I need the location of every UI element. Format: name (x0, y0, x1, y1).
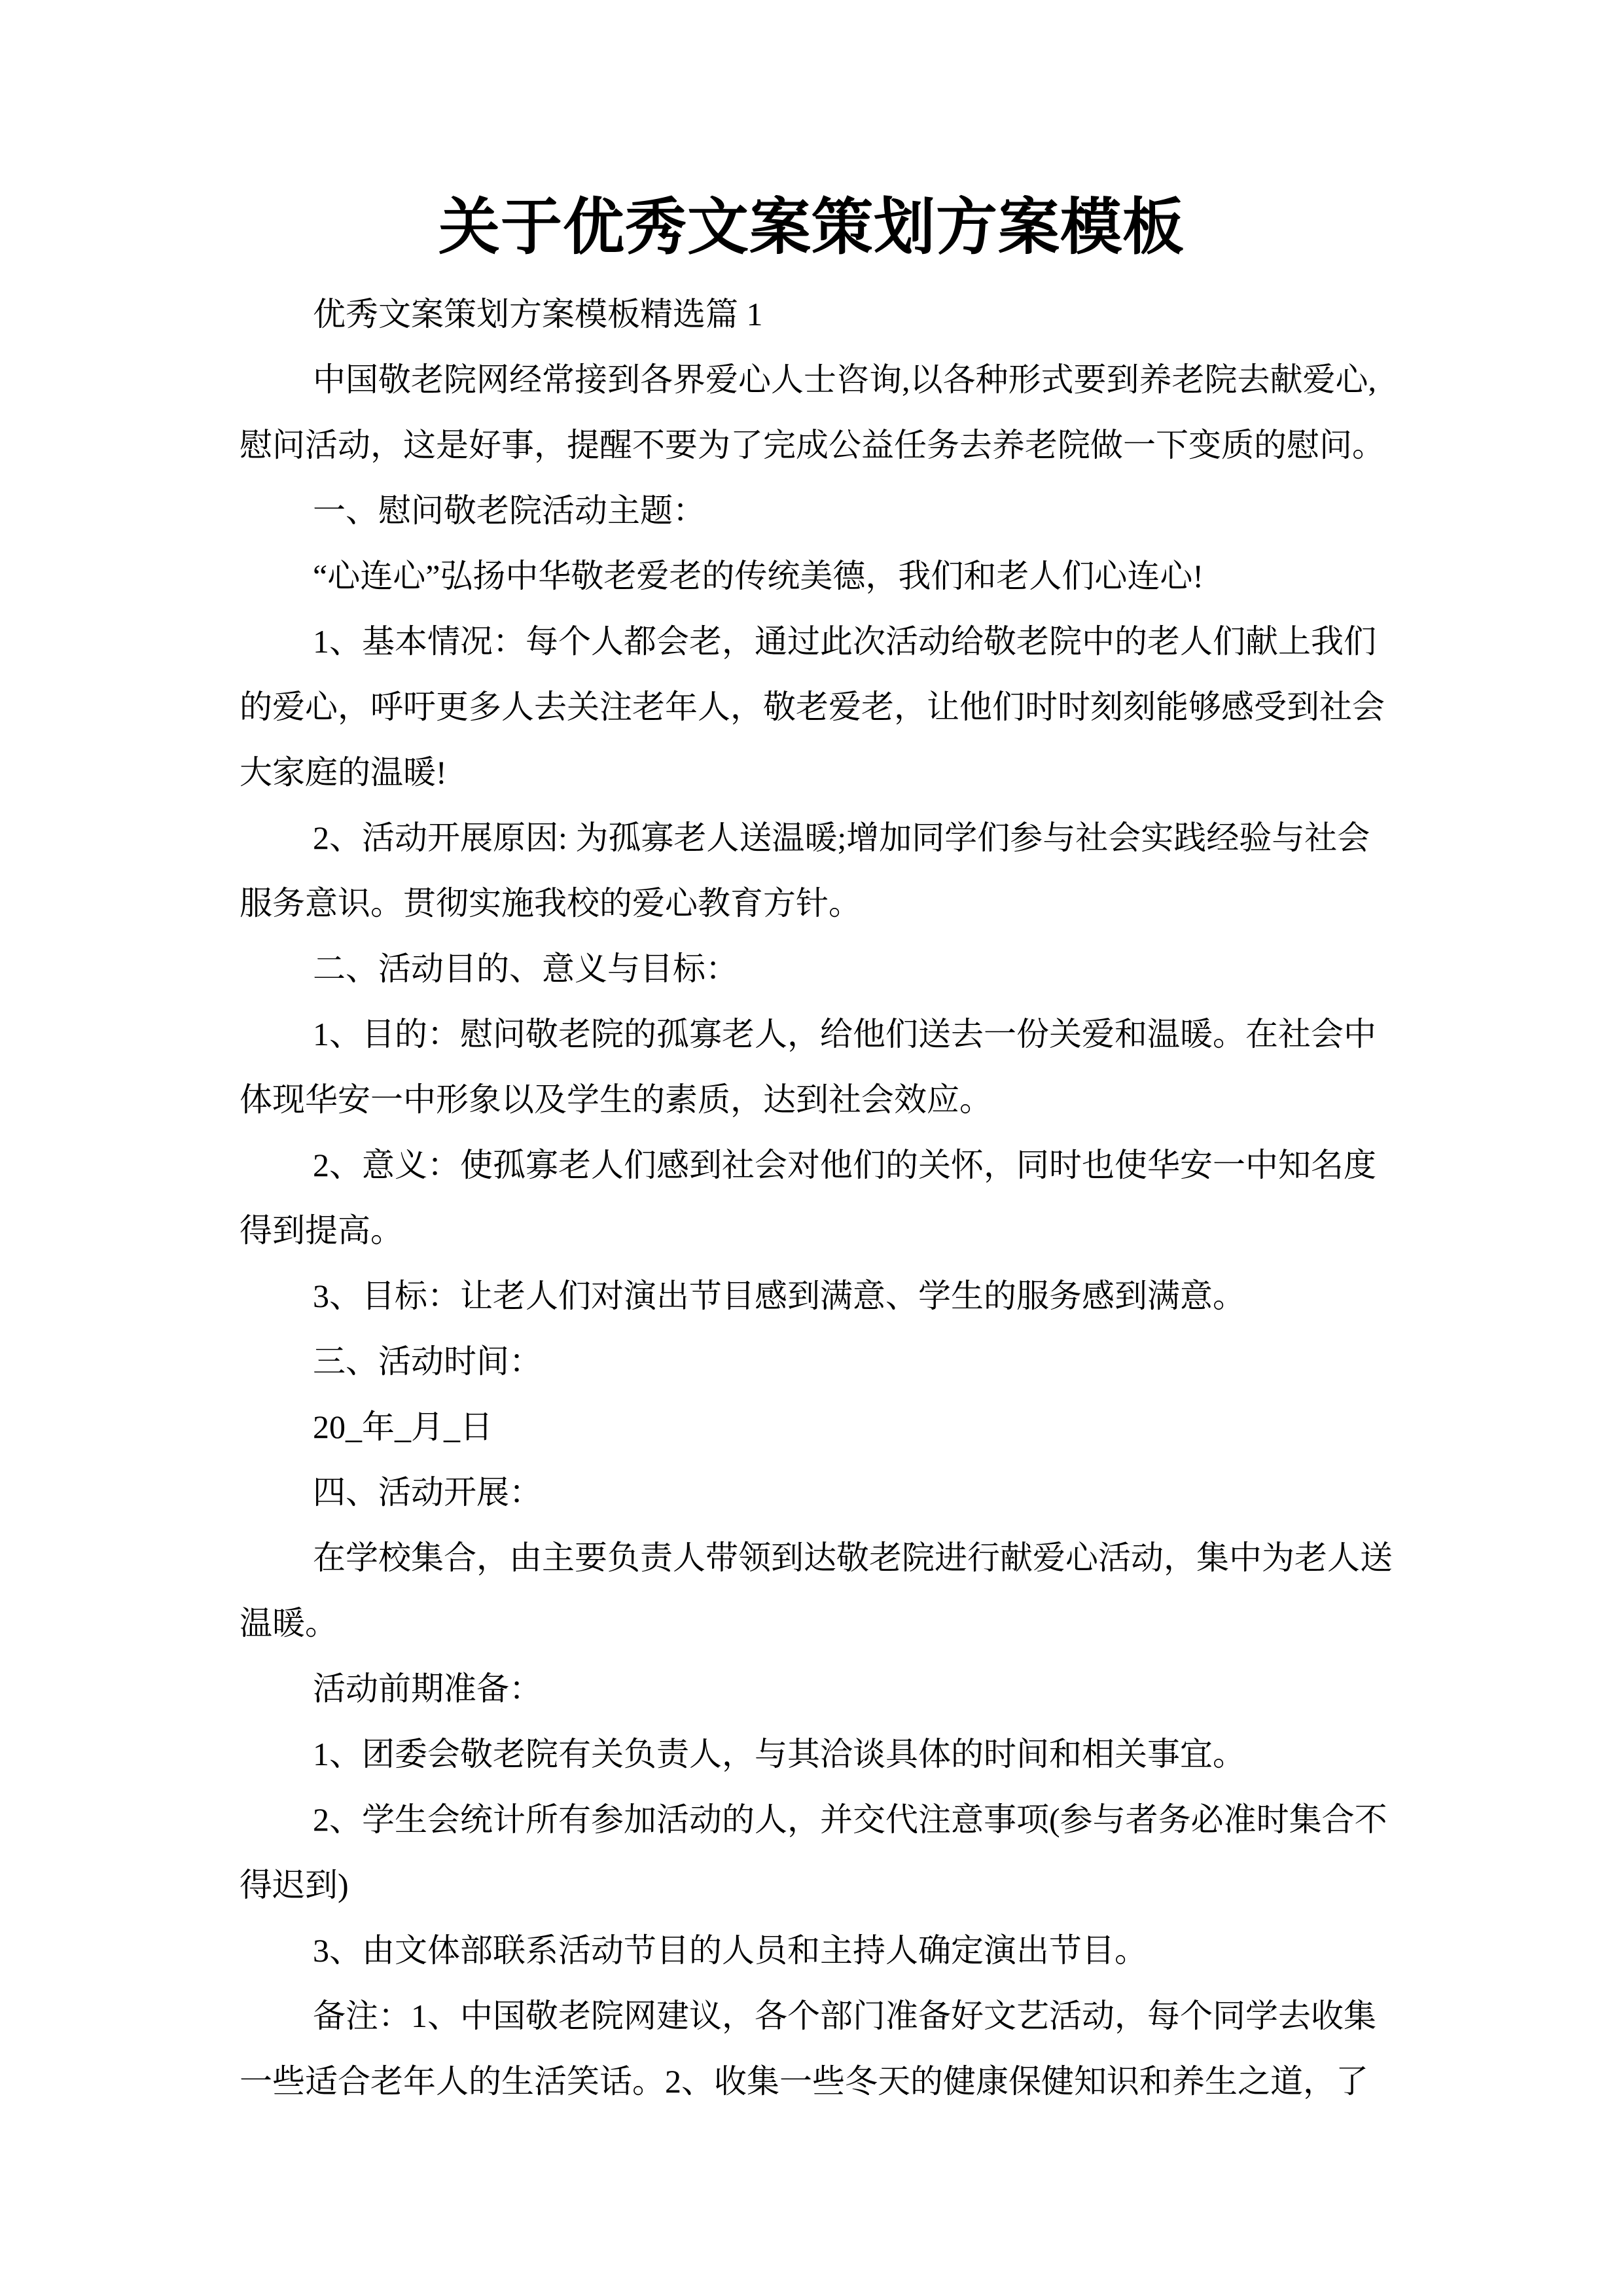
text-line: 的爱心，呼吁更多人去关注老年人，敬老爱老，让他们时时刻刻能够感受到社会 (240, 674, 1382, 740)
text-line: “心连心”弘扬中华敬老爱老的传统美德，我们和老人们心连心! (240, 543, 1382, 609)
text-line: 3、由文体部联系活动节目的人员和主持人确定演出节目。 (240, 1918, 1382, 1983)
text-line: 三、活动时间： (240, 1329, 1382, 1394)
text-line: 服务意识。贯彻实施我校的爱心教育方针。 (240, 870, 1382, 936)
text-line: 2、意义：使孤寡老人们感到社会对他们的关怀，同时也使华安一中知名度 (240, 1132, 1382, 1198)
text-line: 大家庭的温暖! (240, 740, 1382, 805)
text-line: 1、基本情况：每个人都会老，通过此次活动给敬老院中的老人们献上我们 (240, 609, 1382, 674)
text-line: 优秀文案策划方案模板精选篇 1 (240, 281, 1382, 347)
text-line: 得迟到) (240, 1852, 1382, 1918)
text-line: 一、慰问敬老院活动主题： (240, 478, 1382, 543)
text-line: 得到提高。 (240, 1198, 1382, 1263)
text-line: 1、团委会敬老院有关负责人，与其洽谈具体的时间和相关事宜。 (240, 1721, 1382, 1787)
text-line: 四、活动开展： (240, 1460, 1382, 1525)
text-line: 温暖。 (240, 1590, 1382, 1656)
text-line: 2、活动开展原因: 为孤寡老人送温暖;增加同学们参与社会实践经验与社会 (240, 805, 1382, 870)
text-line: 在学校集合，由主要负责人带领到达敬老院进行献爱心活动，集中为老人送 (240, 1525, 1382, 1590)
text-line: 中国敬老院网经常接到各界爱心人士咨询,以各种形式要到养老院去献爱心, (240, 347, 1382, 412)
text-line: 二、活动目的、意义与目标： (240, 936, 1382, 1001)
text-line: 活动前期准备： (240, 1656, 1382, 1721)
text-line: 1、目的：慰问敬老院的孤寡老人，给他们送去一份关爱和温暖。在社会中 (240, 1001, 1382, 1067)
text-line: 一些适合老年人的生活笑话。2、收集一些冬天的健康保健知识和养生之道，了 (240, 2049, 1382, 2114)
text-line: 慰问活动，这是好事，提醒不要为了完成公益任务去养老院做一下变质的慰问。 (240, 412, 1382, 478)
text-line: 3、目标：让老人们对演出节目感到满意、学生的服务感到满意。 (240, 1263, 1382, 1329)
document-page: 关于优秀文案策划方案模板 优秀文案策划方案模板精选篇 1中国敬老院网经常接到各界… (0, 0, 1623, 2296)
text-line: 2、学生会统计所有参加活动的人，并交代注意事项(参与者务必准时集合不 (240, 1787, 1382, 1852)
text-line: 20_年_月_日 (240, 1394, 1382, 1460)
text-line: 体现华安一中形象以及学生的素质，达到社会效应。 (240, 1067, 1382, 1132)
document-body: 优秀文案策划方案模板精选篇 1中国敬老院网经常接到各界爱心人士咨询,以各种形式要… (240, 281, 1382, 2114)
text-line: 备注：1、中国敬老院网建议，各个部门准备好文艺活动，每个同学去收集 (240, 1983, 1382, 2049)
document-title: 关于优秀文案策划方案模板 (0, 0, 1623, 264)
